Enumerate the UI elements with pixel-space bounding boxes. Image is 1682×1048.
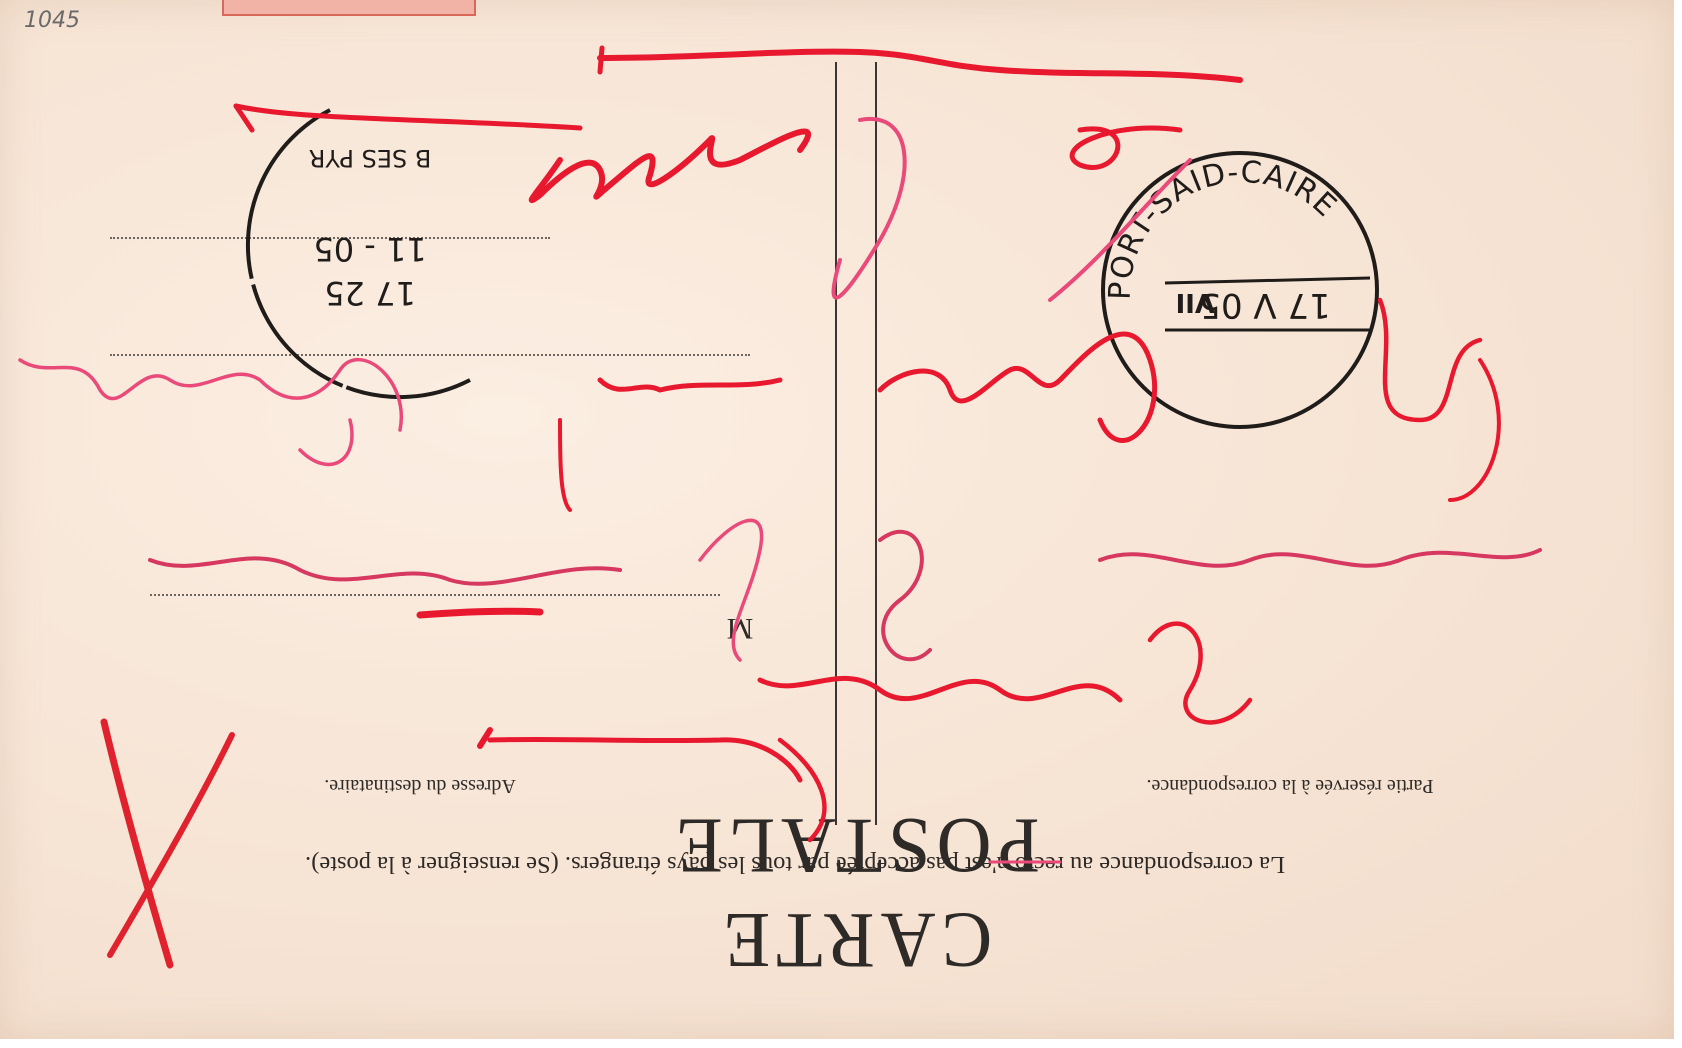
svg-text:VII: VII bbox=[1176, 287, 1215, 317]
postmark-departure: PORT-SAID-CAIRE 17 V 05 VII bbox=[1103, 153, 1377, 427]
ink-layer: 17 25 11 - 05 B SES PYR PORT-SAID-CAIRE … bbox=[0, 0, 1674, 1039]
postmark-arrival: 17 25 11 - 05 B SES PYR bbox=[248, 110, 470, 397]
svg-text:11 - 05: 11 - 05 bbox=[313, 230, 426, 268]
svg-text:B SES PYR: B SES PYR bbox=[309, 144, 432, 172]
svg-text:17 V 05: 17 V 05 bbox=[1199, 285, 1330, 325]
postcard: 1045 M Adresse du destinataire. Partie r… bbox=[0, 0, 1674, 1039]
svg-text:17 25: 17 25 bbox=[324, 274, 416, 312]
